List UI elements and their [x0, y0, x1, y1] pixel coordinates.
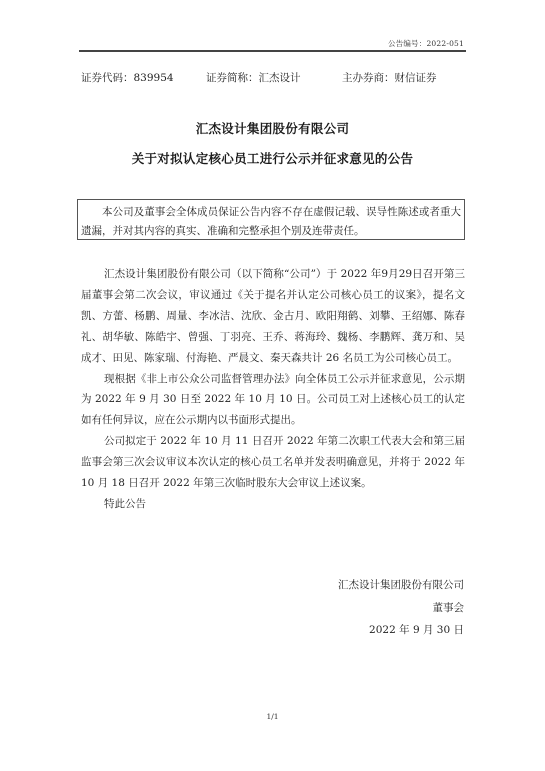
disclaimer-text: 本公司及董事会全体成员保证公告内容不存在虚假记载、误导性陈述或者重大遗漏，并对其…: [81, 203, 461, 241]
page-number: 1/1: [0, 712, 545, 721]
signature-board: 董事会: [338, 597, 464, 620]
securities-info-row: 证券代码：839954 证券简称：汇杰设计 主办券商：财信证券: [81, 70, 471, 86]
securities-code: 证券代码：839954: [81, 70, 174, 85]
paragraph-public-notice-period: 现根据《非上市公众公司监督管理办法》向全体员工公示并征求意见，公示期为 2022…: [81, 369, 465, 432]
disclaimer-box: 本公司及董事会全体成员保证公告内容不存在虚假记载、误导性陈述或者重大遗漏，并对其…: [77, 199, 465, 240]
securities-short-name: 证券简称：汇杰设计: [206, 70, 301, 85]
announcement-title: 关于对拟认定核心员工进行公示并征求意见的公告: [0, 149, 545, 167]
company-title: 汇杰设计集团股份有限公司: [0, 119, 545, 137]
announcement-body: 汇杰设计集团股份有限公司（以下简称“公司”）于 2022 年9月29日召开第三届…: [81, 264, 465, 515]
announcement-number: 公告编号：2022-051: [388, 38, 464, 49]
signature-block: 汇杰设计集团股份有限公司 董事会 2022 年 9 月 30 日: [338, 574, 464, 642]
signature-date: 2022 年 9 月 30 日: [338, 619, 464, 642]
paragraph-upcoming-meetings: 公司拟定于 2022 年 10 月 11 日召开 2022 年第二次职工代表大会…: [81, 431, 465, 494]
sponsor-broker: 主办券商：财信证券: [342, 70, 437, 85]
paragraph-meeting-resolution: 汇杰设计集团股份有限公司（以下简称“公司”）于 2022 年9月29日召开第三届…: [81, 264, 465, 369]
document-page: 公告编号：2022-051 证券代码：839954 证券简称：汇杰设计 主办券商…: [0, 0, 545, 771]
signature-company: 汇杰设计集团股份有限公司: [338, 574, 464, 597]
paragraph-closing: 特此公告: [81, 494, 465, 515]
header-divider: [79, 50, 466, 52]
